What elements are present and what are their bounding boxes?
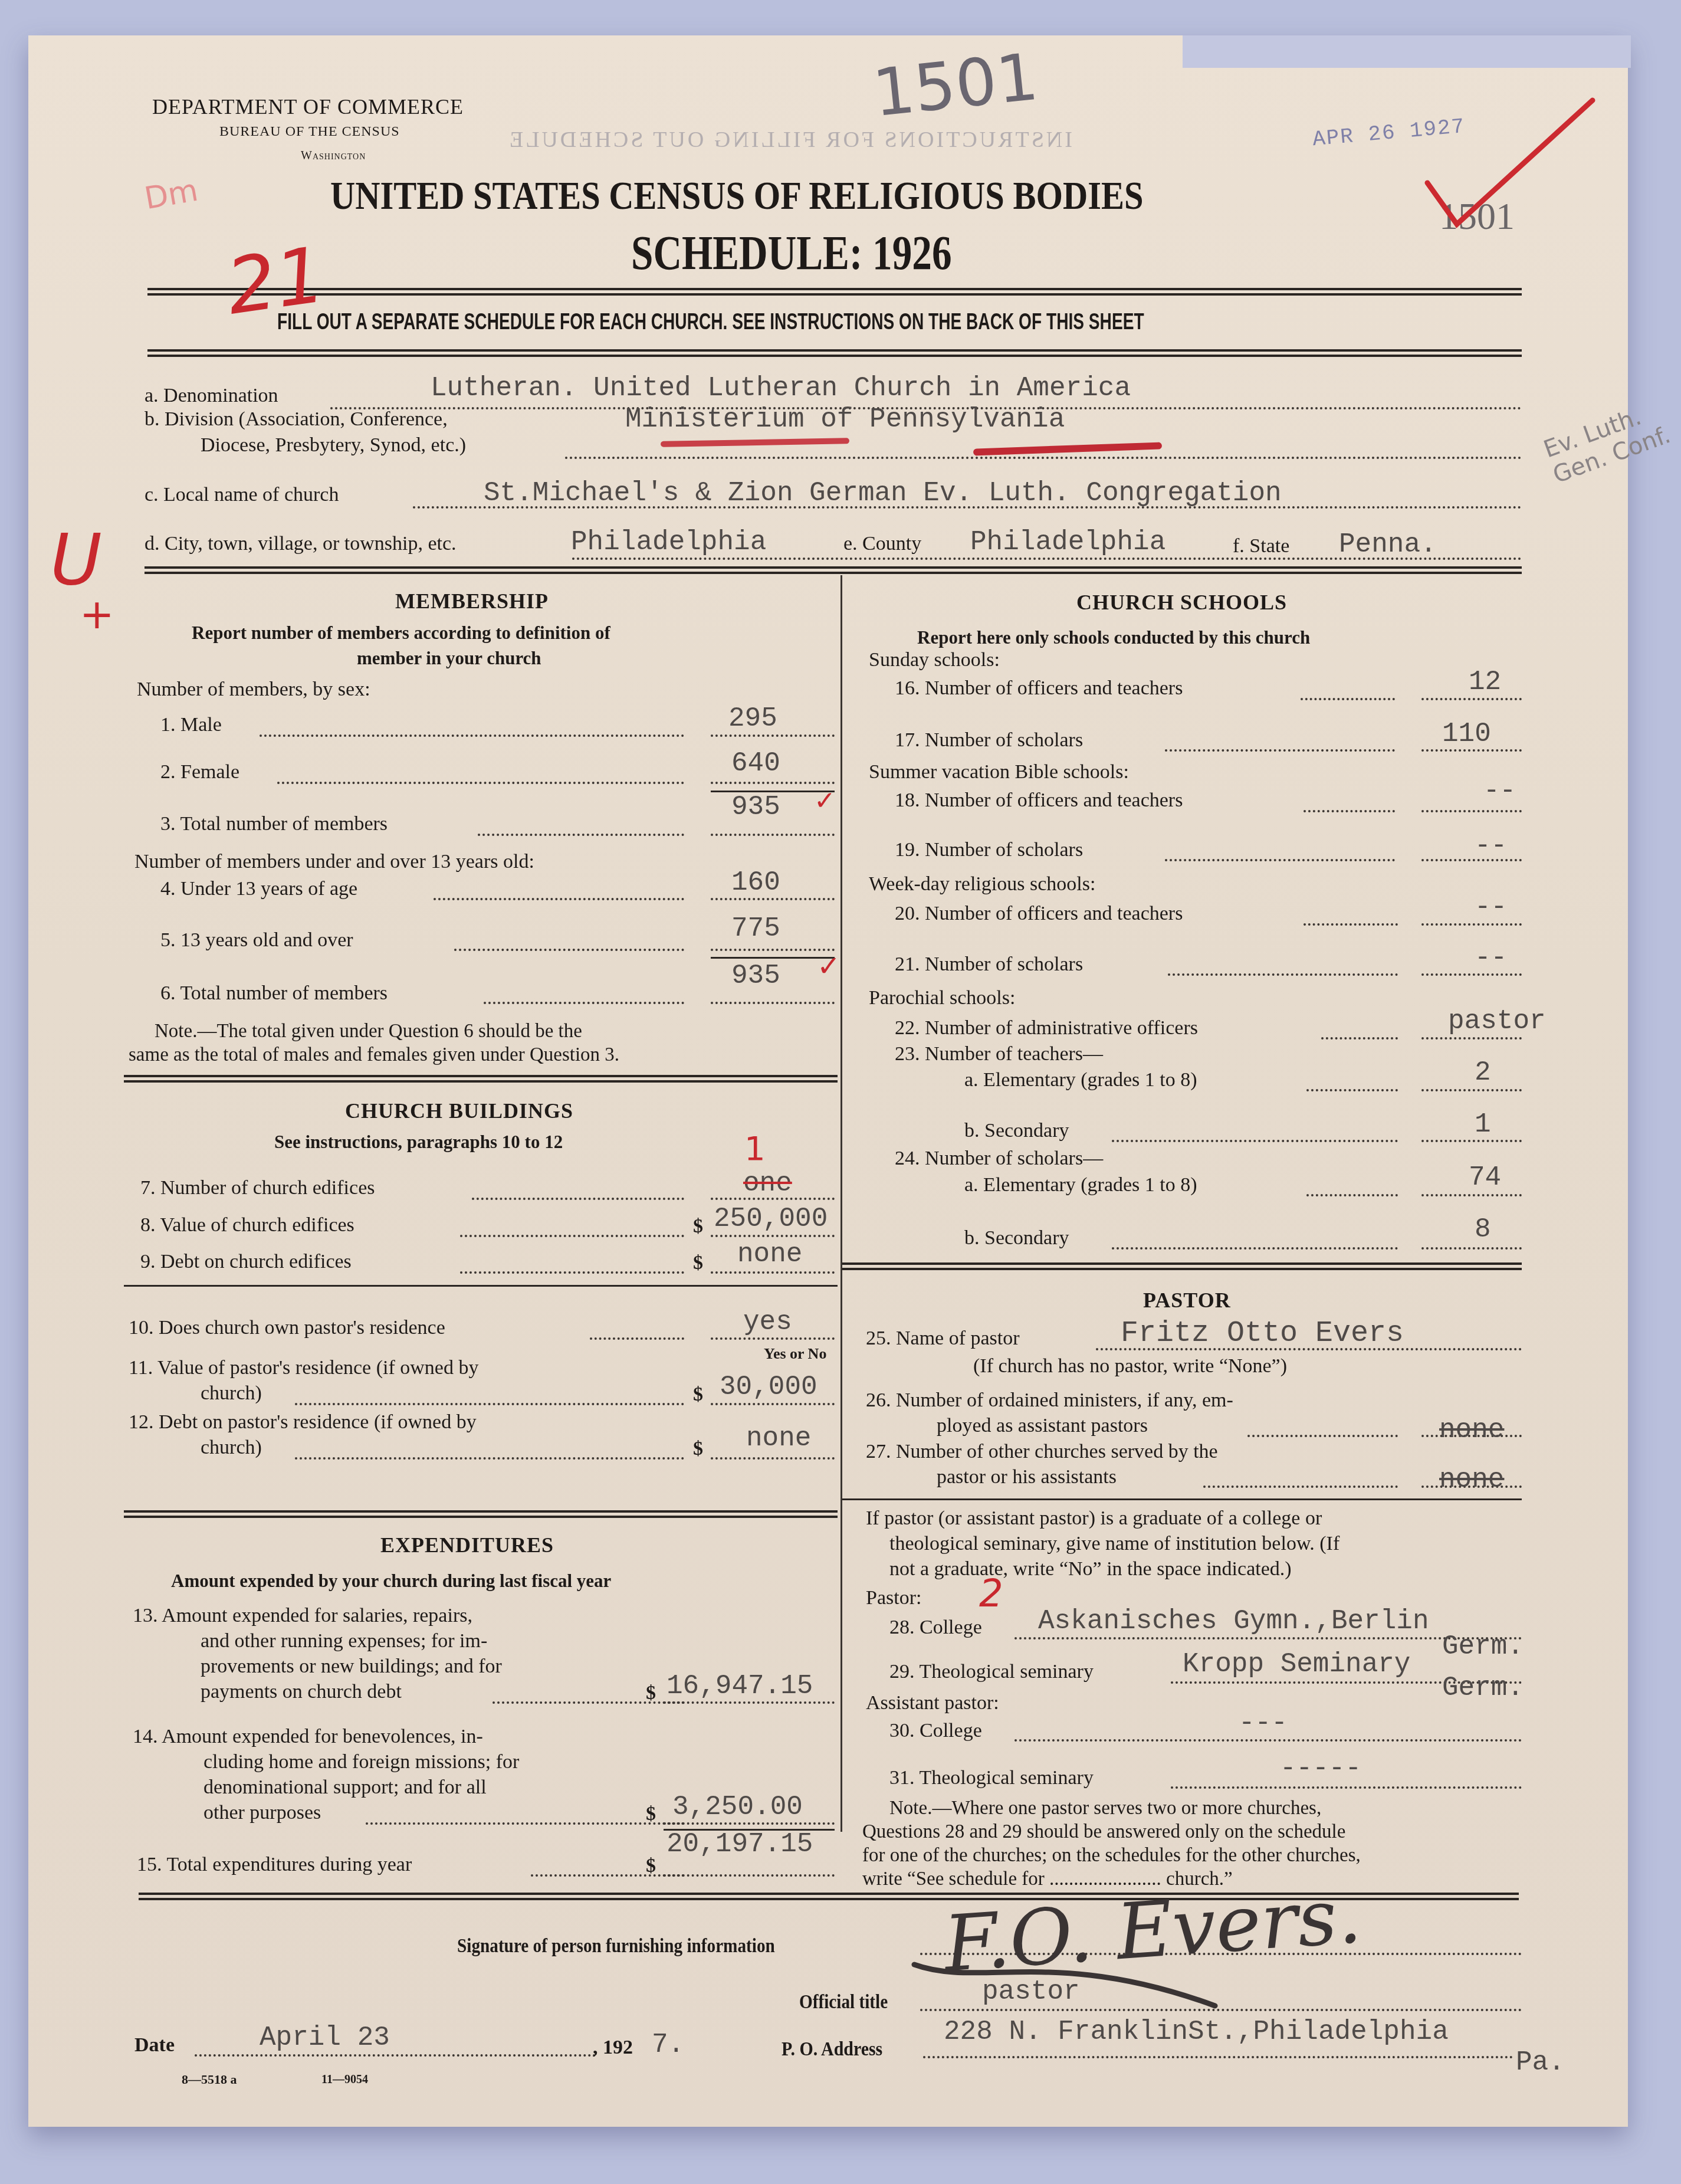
leader-dots (277, 782, 684, 784)
schedule-title: SCHEDULE: 1926 (631, 225, 952, 281)
official-title-label: Official title (799, 1991, 888, 2014)
answer-line (664, 1874, 835, 1877)
sunday-teachers-field[interactable]: 12 (1469, 667, 1501, 697)
assistant-pastors-label-1: 26. Number of ordained ministers, if any… (866, 1389, 1233, 1412)
weekday-scholars-field[interactable]: -- (1475, 943, 1507, 973)
college-label: 28. College (889, 1616, 982, 1639)
summer-schools-label: Summer vacation Bible schools: (869, 761, 1129, 783)
denomination-field[interactable]: Lutheran. United Lutheran Church in Amer… (431, 373, 1131, 404)
answer-line (1421, 698, 1522, 700)
total-members-age-label: 6. Total number of members (160, 982, 388, 1005)
residence-debt-label-1: 12. Debt on pastor's residence (if owned… (129, 1411, 477, 1434)
running-expenses-label-3: provements or new buildings; and for (201, 1655, 502, 1678)
schools-rule (842, 1262, 1522, 1270)
owns-residence-field[interactable]: yes (743, 1307, 792, 1337)
leader-dots (260, 734, 684, 737)
leader-dots (472, 1198, 684, 1200)
local-name-label: c. Local name of church (145, 484, 339, 506)
teachers-label: 23. Number of teachers— (895, 1043, 1103, 1065)
leader-dots (1112, 1140, 1398, 1142)
running-expenses-label-4: payments on church debt (201, 1681, 402, 1703)
pastor-note-3: for one of the churches; on the schedule… (862, 1844, 1361, 1867)
leader-dots (434, 898, 684, 900)
official-title-line (920, 2009, 1522, 2011)
answer-line (711, 1457, 835, 1460)
summer-scholars-field[interactable]: -- (1475, 831, 1507, 861)
answer-line (711, 1337, 835, 1340)
pastor-note-2: Questions 28 and 29 should be answered o… (862, 1820, 1345, 1844)
scholars-secondary-field[interactable]: 8 (1475, 1214, 1491, 1245)
leader-dots (454, 949, 684, 951)
city-line (572, 558, 1522, 560)
sunday-scholars-label: 17. Number of scholars (895, 729, 1083, 752)
answer-line (1421, 1140, 1522, 1142)
leader-dots (295, 1457, 684, 1460)
leader-dots (1304, 810, 1395, 812)
edifices-count-field[interactable]: one (743, 1168, 792, 1199)
answer-line (1421, 1089, 1522, 1091)
answer-line (711, 1403, 835, 1405)
print-number: 11—9054 (321, 2073, 368, 2087)
college-country-field[interactable]: Germ. (1442, 1631, 1524, 1662)
leader-dots (1306, 1089, 1398, 1091)
red-margin-mark: U (50, 519, 102, 601)
state-label: f. State (1233, 535, 1289, 558)
edifices-value-label: 8. Value of church edifices (140, 1214, 354, 1237)
answer-line (1421, 1037, 1522, 1039)
other-churches-field[interactable]: none (1439, 1464, 1504, 1495)
dollar-sign: $ (693, 1438, 703, 1460)
benevolences-label-1: 14. Amount expended for benevolences, in… (133, 1726, 483, 1748)
leader-dots (1306, 1194, 1398, 1196)
answer-line (1421, 1194, 1522, 1196)
teachers-elementary-field[interactable]: 2 (1475, 1057, 1491, 1088)
teachers-secondary-label: b. Secondary (964, 1120, 1069, 1142)
under-13-field[interactable]: 160 (731, 867, 780, 898)
benevolences-field[interactable]: 3,250.00 (672, 1792, 803, 1822)
answer-line (711, 1271, 835, 1274)
teachers-elementary-label: a. Elementary (grades 1 to 8) (964, 1069, 1197, 1091)
sunday-teachers-label: 16. Number of officers and teachers (895, 677, 1183, 700)
other-churches-label-1: 27. Number of other churches served by t… (866, 1441, 1218, 1463)
graduate-instructions-1: If pastor (or assistant pastor) is a gra… (866, 1507, 1322, 1530)
over-13-field[interactable]: 775 (731, 913, 780, 944)
po-address-line (923, 2056, 1513, 2058)
owns-residence-label: 10. Does church own pastor's residence (129, 1317, 445, 1339)
edifices-count-label: 7. Number of church edifices (140, 1177, 375, 1199)
graduate-instructions-3: not a graduate, write “No” in the space … (889, 1558, 1292, 1580)
po-address-label: P. O. Address (782, 2038, 882, 2061)
church-buildings-heading: CHURCH BUILDINGS (345, 1098, 573, 1123)
weekday-schools-label: Week-day religious schools: (869, 873, 1095, 896)
residence-value-label-2: church) (201, 1382, 262, 1405)
answer-line (711, 949, 835, 951)
date-label: Date (134, 2034, 175, 2057)
red-margin-cross: + (80, 590, 114, 638)
answer-line (1421, 810, 1522, 812)
total-members-label: 3. Total number of members (160, 813, 388, 835)
dollar-sign: $ (646, 1803, 656, 1825)
scholars-label: 24. Number of scholars— (895, 1147, 1103, 1170)
state-field[interactable]: Penna. (1339, 529, 1437, 560)
answer-line (711, 782, 835, 784)
dollar-sign: $ (693, 1383, 703, 1406)
red-check-icon: ✓ (817, 950, 840, 983)
scholars-elementary-label: a. Elementary (grades 1 to 8) (964, 1174, 1197, 1196)
po-address-state-field[interactable]: Pa. (1516, 2047, 1565, 2078)
column-divider (840, 575, 842, 1832)
leader-dots (1112, 1247, 1398, 1250)
red-edifice-count: 1 (744, 1130, 766, 1168)
summer-teachers-label: 18. Number of officers and teachers (895, 789, 1183, 812)
male-label: 1. Male (160, 714, 222, 736)
residence-debt-field[interactable]: none (746, 1423, 811, 1454)
leader-dots (366, 1822, 684, 1825)
membership-note-1: Note.—The total given under Question 6 s… (155, 1019, 582, 1043)
parochial-schools-label: Parochial schools: (869, 987, 1015, 1009)
male-field[interactable]: 295 (728, 703, 777, 734)
county-field[interactable]: Philadelphia (970, 527, 1165, 558)
yes-no-hint: Yes or No (764, 1345, 826, 1363)
total-members-field[interactable]: 935 (731, 792, 780, 822)
bureau-city: Washington (301, 149, 366, 163)
buildings-bottom-rule (124, 1510, 838, 1518)
instruction-banner: FILL OUT A SEPARATE SCHEDULE FOR EACH CH… (277, 310, 1144, 335)
running-expenses-label-2: and other running expenses; for im- (201, 1630, 487, 1652)
year-field[interactable]: 7. (652, 2029, 684, 2060)
answer-line (711, 734, 835, 737)
admin-officers-label: 22. Number of administrative officers (895, 1017, 1198, 1039)
seminary-field[interactable]: Kropp Seminary (1183, 1649, 1410, 1680)
graduate-instructions-2: theological seminary, give name of insti… (889, 1533, 1339, 1555)
leader-dots (1321, 1037, 1398, 1039)
answer-line (711, 1235, 835, 1237)
total-expenditures-field[interactable]: 20,197.15 (667, 1829, 813, 1860)
assistant-college-field[interactable]: --- (1239, 1708, 1288, 1739)
leader-dots (531, 1874, 684, 1877)
official-title-field[interactable]: pastor (982, 1976, 1080, 2007)
leader-dots (1301, 698, 1395, 700)
division-label-2: Diocese, Presbytery, Synod, etc.) (201, 434, 466, 457)
leader-dots (590, 1337, 684, 1340)
assistant-pastors-field[interactable]: none (1439, 1415, 1504, 1445)
expenditures-subheading: Amount expended by your church during la… (171, 1570, 611, 1592)
scholars-secondary-label: b. Secondary (964, 1227, 1069, 1250)
assistant-seminary-field[interactable]: ----- (1280, 1753, 1361, 1784)
division-field[interactable]: Ministerium of Pennsylvania (625, 404, 1065, 435)
residence-debt-label-2: church) (201, 1437, 262, 1459)
college-field[interactable]: Askanisches Gymn.,Berlin (1038, 1606, 1429, 1637)
edifices-value-field[interactable]: 250,000 (714, 1204, 828, 1234)
sum-rule (711, 957, 835, 959)
summer-scholars-label: 19. Number of scholars (895, 839, 1083, 861)
weekday-teachers-label: 20. Number of officers and teachers (895, 903, 1183, 925)
answer-line (1421, 1247, 1522, 1250)
total-expenditures-label: 15. Total expenditures during year (137, 1854, 412, 1876)
other-churches-label-2: pastor or his assistants (937, 1466, 1117, 1488)
expenditures-heading: EXPENDITURES (380, 1533, 554, 1557)
answer-line (711, 898, 835, 900)
weekday-teachers-field[interactable]: -- (1475, 892, 1507, 923)
assistant-college-label: 30. College (889, 1720, 982, 1742)
sunday-scholars-field[interactable]: 110 (1442, 719, 1491, 749)
division-line (565, 457, 1522, 459)
residence-value-label-1: 11. Value of pastor's residence (if owne… (129, 1357, 478, 1379)
church-schools-heading: CHURCH SCHOOLS (1076, 590, 1287, 615)
scholars-elementary-field[interactable]: 74 (1469, 1162, 1501, 1193)
leader-dots (1304, 923, 1398, 926)
benevolences-label-3: denominational support; and for all (203, 1776, 487, 1799)
female-label: 2. Female (160, 761, 239, 783)
answer-line (664, 1822, 835, 1825)
red-pastor-count: 2 (979, 1572, 1003, 1616)
po-address-field[interactable]: 228 N. FranklinSt.,Philadelphia (944, 2016, 1449, 2047)
city-label: d. City, town, village, or township, etc… (145, 533, 457, 555)
dollar-sign: $ (646, 1682, 656, 1704)
pastor-heading: PASTOR (1143, 1288, 1231, 1313)
pastor-note-1: Note.—Where one pastor serves two or mor… (889, 1796, 1321, 1820)
edifices-debt-field[interactable]: none (737, 1239, 802, 1270)
assistant-pastor-label: Assistant pastor: (866, 1692, 999, 1714)
date-line (195, 2054, 596, 2057)
bleed-through-heading: INSTRUCTIONS FOR FILLING OUT SCHEDULE (507, 127, 1072, 153)
local-name-field[interactable]: St.Michael's & Zion German Ev. Luth. Con… (484, 478, 1282, 509)
over-13-label: 5. 13 years old and over (160, 929, 353, 952)
sunday-schools-label: Sunday schools: (869, 649, 1000, 671)
by-sex-label: Number of members, by sex: (137, 678, 370, 701)
weekday-scholars-label: 21. Number of scholars (895, 953, 1083, 976)
date-field[interactable]: April 23 (260, 2022, 390, 2053)
answer-line (1421, 923, 1522, 926)
under-13-label: 4. Under 13 years of age (160, 878, 357, 900)
benevolences-label-2: cluding home and foreign missions; for (203, 1751, 519, 1773)
pastor-name-field[interactable]: Fritz Otto Evers (1121, 1317, 1404, 1350)
answer-line (711, 834, 835, 836)
membership-note-2: same as the total of males and females g… (129, 1043, 619, 1067)
dollar-sign: $ (693, 1215, 703, 1238)
signature-label: Signature of person furnishing informati… (457, 1935, 775, 1957)
membership-heading: MEMBERSHIP (395, 589, 549, 614)
teachers-secondary-field[interactable]: 1 (1475, 1109, 1491, 1140)
leader-dots (460, 1271, 684, 1274)
seminary-country-field[interactable]: Germ. (1442, 1673, 1524, 1703)
bureau-name: BUREAU OF THE CENSUS (219, 124, 400, 140)
leader-dots (1165, 859, 1395, 861)
torn-corner (1183, 35, 1631, 68)
membership-subheading-1: Report number of members according to de… (192, 622, 610, 644)
dollar-sign: $ (693, 1252, 703, 1274)
seminary-label: 29. Theological seminary (889, 1661, 1094, 1683)
division-label-1: b. Division (Association, Conference, (145, 408, 448, 431)
female-field[interactable]: 640 (731, 748, 780, 779)
dollar-sign: $ (646, 1855, 656, 1877)
membership-subheading-2: member in your church (357, 648, 541, 669)
denomination-label: a. Denomination (145, 385, 278, 407)
pastor-section-label: Pastor: (866, 1587, 921, 1609)
red-check-icon: ✓ (814, 786, 836, 816)
form-number: 8—5518 a (182, 2072, 237, 2087)
assistant-seminary-line (1171, 1786, 1522, 1789)
banner-rule (147, 349, 1522, 357)
answer-line (664, 1701, 835, 1704)
membership-rule (124, 1075, 838, 1083)
identification-rule (145, 566, 1522, 574)
buildings-rule (124, 1285, 838, 1287)
assistant-seminary-label: 31. Theological seminary (889, 1767, 1094, 1789)
total-members-age-field[interactable]: 935 (731, 960, 780, 991)
answer-line (1421, 749, 1522, 752)
leader-dots (484, 1002, 684, 1004)
leader-dots (478, 834, 684, 836)
church-buildings-subheading: See instructions, paragraphs 10 to 12 (274, 1132, 563, 1153)
admin-officers-field[interactable]: pastor (1448, 1006, 1546, 1037)
year-prefix: , 192 (593, 2037, 633, 2059)
church-schools-subheading: Report here only schools conducted by th… (917, 627, 1310, 648)
county-label: e. County (843, 533, 921, 555)
answer-line (1421, 973, 1522, 976)
red-check-icon (1421, 94, 1598, 236)
running-expenses-label-1: 13. Amount expended for salaries, repair… (133, 1605, 472, 1627)
leader-dots (1168, 973, 1398, 976)
leader-dots (460, 1235, 684, 1237)
pastor-name-label: 25. Name of pastor (866, 1327, 1020, 1350)
header-rule (147, 288, 1522, 296)
by-age-label: Number of members under and over 13 year… (134, 851, 534, 873)
red-annotation-number: 21 (221, 229, 330, 332)
leader-dots (1247, 1435, 1398, 1437)
leader-dots (1165, 749, 1395, 752)
assistant-college-line (1014, 1739, 1522, 1742)
running-expenses-field[interactable]: 16,947.15 (667, 1671, 813, 1701)
leader-dots (1203, 1485, 1398, 1488)
benevolences-label-4: other purposes (203, 1802, 321, 1824)
city-field[interactable]: Philadelphia (571, 527, 766, 558)
assistant-pastors-label-2: ployed as assistant pastors (937, 1415, 1148, 1437)
pastor-name-hint: (If church has no pastor, write “None”) (973, 1355, 1287, 1378)
answer-line (711, 1002, 835, 1004)
edifices-debt-label: 9. Debt on church edifices (140, 1251, 352, 1273)
residence-value-field[interactable]: 30,000 (720, 1372, 817, 1402)
leader-dots (295, 1403, 684, 1405)
summer-teachers-field[interactable]: -- (1483, 776, 1516, 806)
pastor-rule (842, 1498, 1522, 1500)
department-name: DEPARTMENT OF COMMERCE (152, 94, 464, 119)
form-title: UNITED STATES CENSUS OF RELIGIOUS BODIES (330, 172, 1143, 219)
